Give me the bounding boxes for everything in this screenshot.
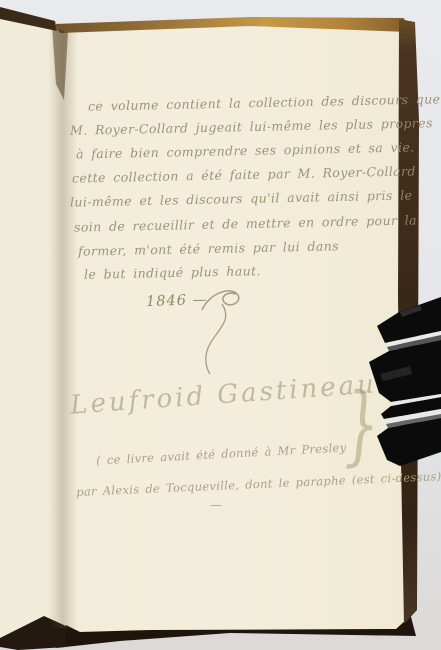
book-photo: ce volume contient la collection des dis… [0,0,441,650]
binder-clip [0,0,441,650]
